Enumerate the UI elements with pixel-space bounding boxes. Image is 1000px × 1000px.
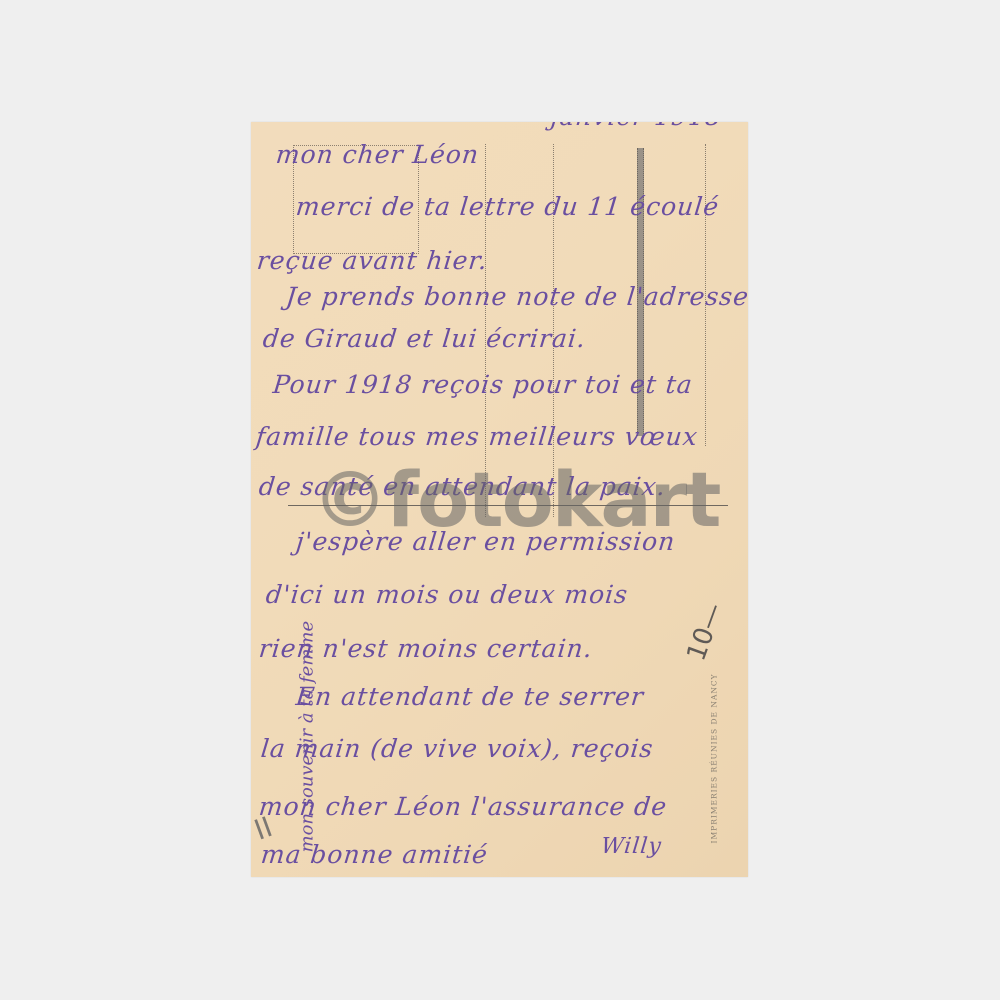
margin-note: mon souvenir à ta femme <box>297 533 318 853</box>
signature: Willy <box>600 834 663 859</box>
printer-imprint: IMPRIMERIES RÉUNIES DE NANCY <box>710 674 719 844</box>
letter-line: En attendant de te serrer <box>294 682 645 711</box>
letter-line: famille tous mes meilleurs vœux <box>254 422 699 451</box>
letter-line: merci de ta lettre du 11 écoulé <box>294 192 720 221</box>
letter-line: de Giraud et lui écrirai. <box>261 324 587 353</box>
letter-line: Je prends bonne note de l'adresse <box>284 282 748 311</box>
letter-line: la main (de vive voix), reçois <box>259 734 655 763</box>
letter-line: mon cher Léon <box>274 140 480 169</box>
letter-line: ma bonne amitié <box>259 840 489 869</box>
watermark: ©fotokart <box>312 462 719 538</box>
letter-line: Pour 1918 reçois pour toi et ta <box>271 370 694 399</box>
letter-line: d'ici un mois ou deux mois <box>264 580 629 609</box>
letter-line: mon cher Léon l'assurance de <box>257 792 668 821</box>
letter-line: reçue avant hier. <box>255 246 489 275</box>
date-line: janvier 1918 <box>549 122 723 131</box>
pencil-price-note: 10— <box>681 599 729 665</box>
